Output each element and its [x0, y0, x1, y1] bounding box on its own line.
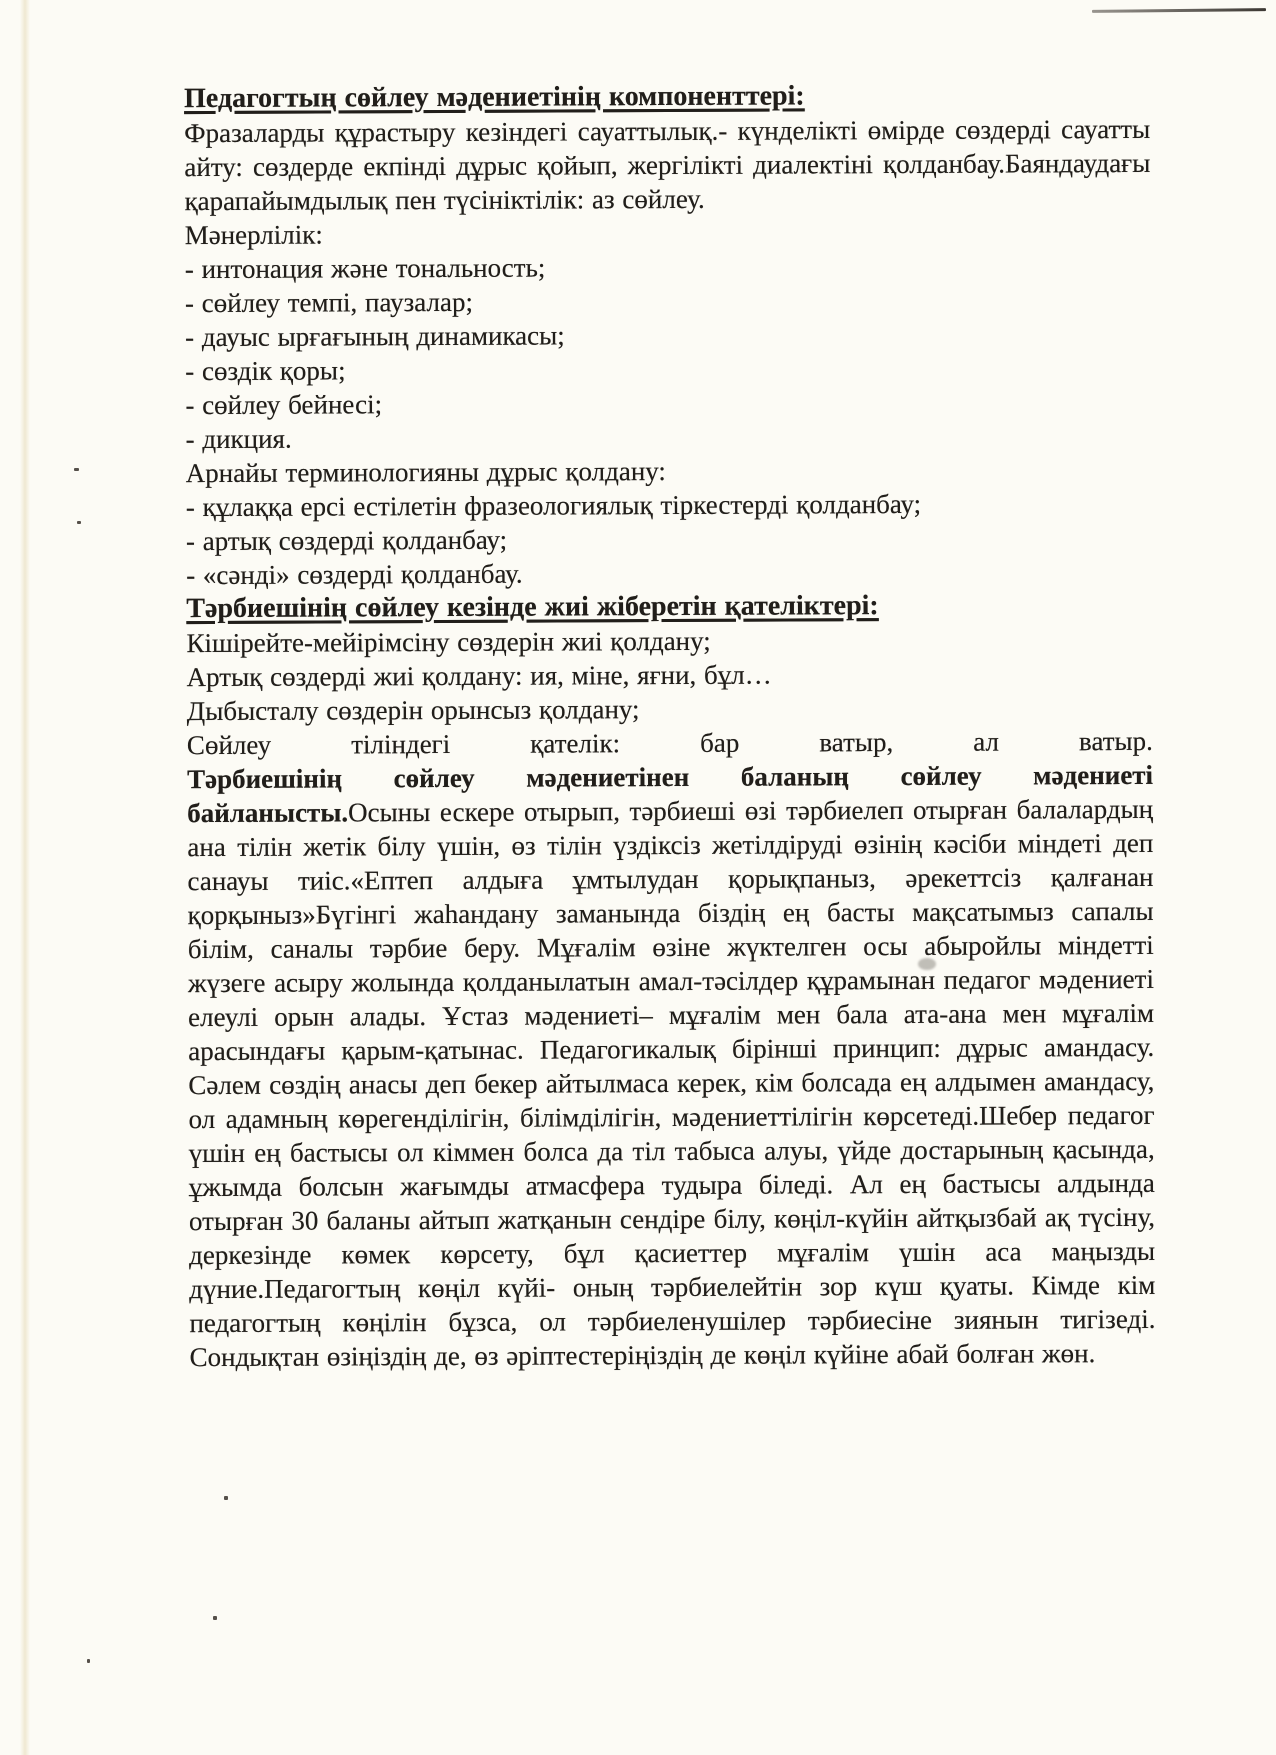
scan-speck: [74, 468, 79, 471]
scan-line-artifact: [1092, 8, 1266, 13]
scan-speck: [77, 521, 81, 524]
list-item: - сөздік қоры;: [185, 350, 1151, 388]
scan-crease-artifact: [20, 0, 30, 1755]
list-item: - сөйлеу темпі, паузалар;: [185, 282, 1151, 320]
label-terminology: Арнайы терминологияны дұрыс қолдану:: [186, 452, 1152, 490]
heading-speech-culture-components: Педагогтың сөйлеу мәдениетінің компонент…: [184, 78, 1150, 116]
list-item: - артық сөздерді қолданбау;: [186, 520, 1152, 558]
list-item: - дауыс ырғағының динамикасы;: [185, 316, 1151, 354]
list-item: - дикция.: [185, 418, 1151, 456]
scanned-document-page: Педагогтың сөйлеу мәдениетінің компонент…: [0, 0, 1276, 1755]
document-text: Педагогтың сөйлеу мәдениетінің компонент…: [184, 78, 1156, 1374]
list-item: - «сәнді» сөздерді қолданбау.: [186, 554, 1152, 592]
scan-speck: [87, 1659, 90, 1663]
heading-frequent-mistakes: Тәрбиешінің сөйлеу кезінде жиі жіберетін…: [186, 588, 1152, 626]
list-item: Кішірейте-мейірімсіну сөздерін жиі қолда…: [186, 622, 1152, 660]
list-item: Артық сөздерді жиі қолдану: ия, міне, яғ…: [187, 656, 1153, 694]
paragraph-main: Тәрбиешінің сөйлеу мәдениетінен баланың …: [187, 758, 1156, 1374]
paragraph-intro: Фразаларды құрастыру кезіндегі сауаттылы…: [184, 112, 1150, 218]
body-text: Осыны ескере отырып, тәрбиеші өзі тәрбие…: [187, 794, 1155, 1372]
list-item: - сөйлеу бейнесі;: [185, 384, 1151, 422]
speech-error-line: Сөйлеу тіліндегі қателік: бар ватыр, ал …: [187, 724, 1153, 762]
list-item: - құлаққа ерсі естілетін фразеологиялық …: [186, 486, 1152, 524]
scan-speck: [224, 1496, 228, 1500]
label-expressiveness: Мәнерлілік:: [185, 214, 1151, 252]
scan-speck: [213, 1616, 217, 1620]
list-item: - интонация және тональность;: [185, 248, 1151, 286]
list-item: Дыбысталу сөздерін орынсыз қолдану;: [187, 690, 1153, 728]
